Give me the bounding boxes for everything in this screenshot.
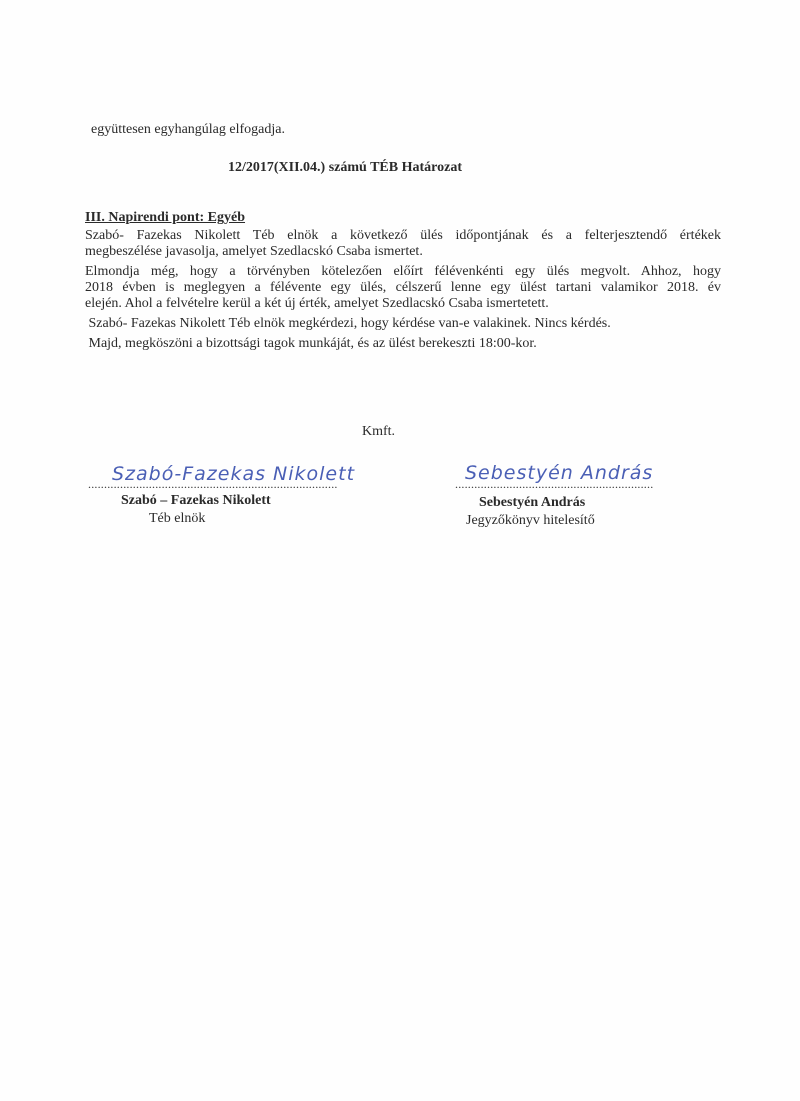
body-line-6: Szabó- Fazekas Nikolett Téb elnök megkér… [85,316,721,332]
body-line-7: Majd, megköszöni a bizottsági tagok munk… [85,336,721,352]
body-line-4: 2018 évben is meglegyen a félévente egy … [85,280,721,296]
signature-line-chair: ........................................… [88,477,338,492]
signatory-name-chair: Szabó – Fazekas Nikolett [121,493,271,509]
body-line-5: elején. Ahol a felvételre kerül a két új… [85,296,721,312]
body-line-3: Elmondja még, hogy a törvényben kötelező… [85,264,721,280]
signatory-role-verifier: Jegyzőkönyv hitelesítő [466,513,595,529]
closing-kmft: Kmft. [362,424,395,440]
section-heading: III. Napirendi pont: Egyéb [85,210,245,226]
signature-line-verifier: ........................................… [455,477,653,492]
body-line-2: megbeszélése javasolja, amelyet Szedlacs… [85,244,721,260]
signatory-name-verifier: Sebestyén András [479,495,585,511]
signatory-role-chair: Téb elnök [149,511,205,527]
lead-line: együttesen egyhangúlag elfogadja. [91,122,285,138]
resolution-title: 12/2017(XII.04.) számú TÉB Határozat [228,160,462,176]
document-page: együttesen egyhangúlag elfogadja. 12/201… [0,0,800,1101]
body-line-1: Szabó- Fazekas Nikolett Téb elnök a köve… [85,228,721,244]
